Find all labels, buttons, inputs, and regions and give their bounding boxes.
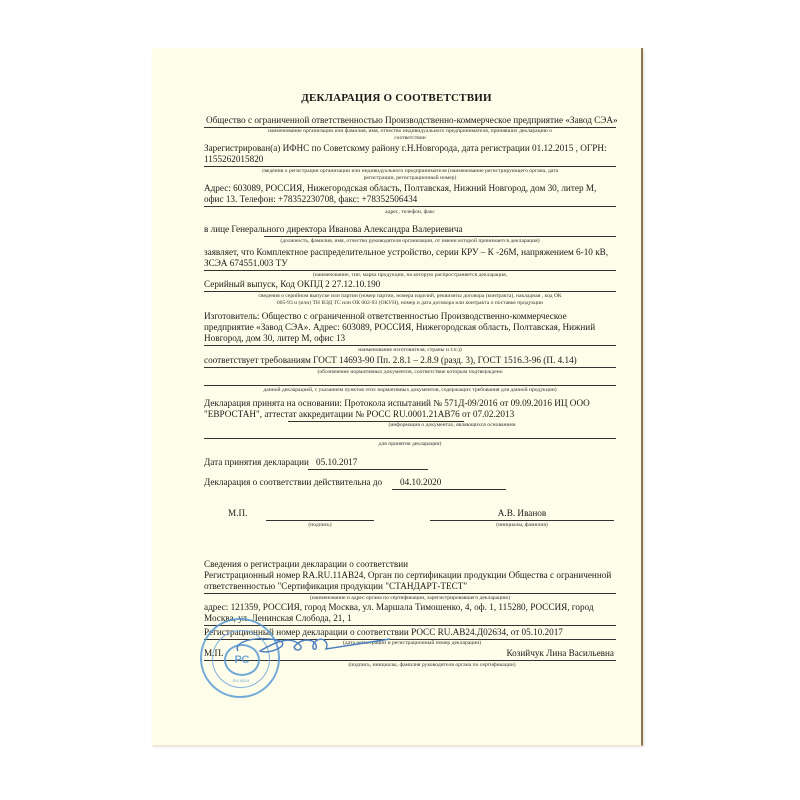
date-accepted-value: 05.10.2017: [316, 457, 357, 468]
org-name: Общество с ограниченной ответственностью…: [206, 115, 618, 126]
divider: [204, 438, 616, 439]
manufacturer-line-1: Изготовитель: Общество с ограниченной от…: [204, 311, 567, 322]
divider: [204, 625, 616, 626]
divider: [204, 345, 616, 346]
signer-name: А.В. Иванов: [430, 508, 614, 519]
registration-line-1: Зарегистрирован(а) ИФНС по Советскому ра…: [204, 143, 607, 154]
registration-caption-1: сведения о регистрации организации или и…: [204, 168, 616, 175]
signer-caption: (инициалы, фамилия): [430, 522, 614, 529]
batch-caption-2: 005-93 и (или) ТН ВЭД ТС или ОК 002-93 (…: [204, 300, 616, 307]
registration-body-1: Регистрационный номер RA.RU.11АВ24, Орга…: [204, 570, 611, 581]
divider: [204, 270, 616, 271]
seal-label: М.П.: [228, 508, 247, 519]
org-caption-2: соответствии: [204, 135, 616, 142]
address-line-2: офис 13. Телефон: +78352230708, факс: +7…: [204, 194, 417, 205]
divider: [204, 206, 616, 207]
valid-until-value: 04.10.2020: [400, 477, 441, 488]
declaration-page: ДЕКЛАРАЦИЯ О СООТВЕТСТВИИ Общество с огр…: [152, 48, 643, 746]
manufacturer-line-2: предприятие «Завод СЭА». Адрес: 603089, …: [204, 322, 595, 333]
basis-line-2: "ЕВРОСТАН", аттестат аккредитации № РОСС…: [204, 409, 514, 420]
valid-until-label: Декларация о соответствии действительна …: [204, 477, 382, 488]
compliance-caption-2: данной декларацией, с указанием пунктов …: [204, 387, 616, 394]
registration-body-caption: (наименование и адрес органа по сертифик…: [204, 595, 616, 602]
product-caption: (наименование, тип, марка продукции, на …: [204, 272, 616, 279]
address-caption: адрес, телефон, факс: [204, 209, 616, 216]
registration-header: Сведения о регистрации декларации о соот…: [204, 559, 408, 570]
stamp-text: RU.AB24: [220, 678, 262, 683]
registration-signer-name: Козийчук Лина Васильевна: [402, 648, 614, 659]
divider: [204, 291, 616, 292]
signature-line: [266, 520, 374, 521]
batch-info: Серийный выпуск, Код ОКПД 2 27.12.10.190: [204, 279, 380, 290]
manufacturer-caption: наименование изготовителя, страны и т.п.…: [204, 347, 616, 354]
document-title: ДЕКЛАРАЦИЯ О СООТВЕТСТВИИ: [152, 92, 641, 104]
registration-body-2: ответственностью "Сертификация продукции…: [204, 581, 467, 592]
basis-line-1: Декларация принята на основании: Протоко…: [204, 398, 590, 409]
signer-line: [430, 520, 614, 521]
product-line-1: заявляет, что Комплектное распределитель…: [204, 247, 608, 258]
registration-signer-caption: (подпись, инициалы, фамилия руководителя…: [312, 662, 552, 669]
address-line-1: Адрес: 603089, РОССИЯ, Нижегородская обл…: [204, 183, 596, 194]
divider: [392, 489, 506, 490]
batch-caption-1: сведения о серийном выпуске или партии (…: [204, 293, 616, 300]
product-line-2: ЗСЭА 674551.003 ТУ: [204, 258, 288, 269]
org-caption-1: наименование организации или фамилия, им…: [204, 128, 616, 135]
divider: [204, 166, 616, 167]
representative-caption: (должность, фамилия, имя, отчество руков…: [204, 238, 616, 245]
handwritten-signature-icon: [230, 631, 400, 661]
divider: [264, 236, 616, 237]
compliance-standards: соответствует требованиям ГОСТ 14693-90 …: [204, 355, 577, 366]
date-accepted-label: Дата принятия декларации: [204, 457, 309, 468]
divider: [204, 593, 616, 594]
representative: в лице Генерального директора Иванова Ал…: [204, 224, 463, 235]
divider: [204, 385, 616, 386]
divider: [204, 367, 616, 368]
registration-address-1: адрес: 121359, РОССИЯ, город Москва, ул.…: [204, 602, 594, 613]
basis-caption-1: (информация о документах, являющихся осн…: [352, 422, 552, 429]
registration-caption-2: регистрации, регистрационный номер): [204, 175, 616, 182]
signature-caption: (подпись): [266, 522, 374, 529]
registration-line-2: 1155262015820: [204, 154, 263, 165]
basis-caption-2: для принятия декларации): [204, 441, 616, 448]
manufacturer-line-3: Новгород, дом 30, литер М, офис 13: [204, 333, 345, 344]
compliance-caption-1: (обозначение нормативных документов, соо…: [204, 369, 616, 376]
divider: [308, 469, 428, 470]
